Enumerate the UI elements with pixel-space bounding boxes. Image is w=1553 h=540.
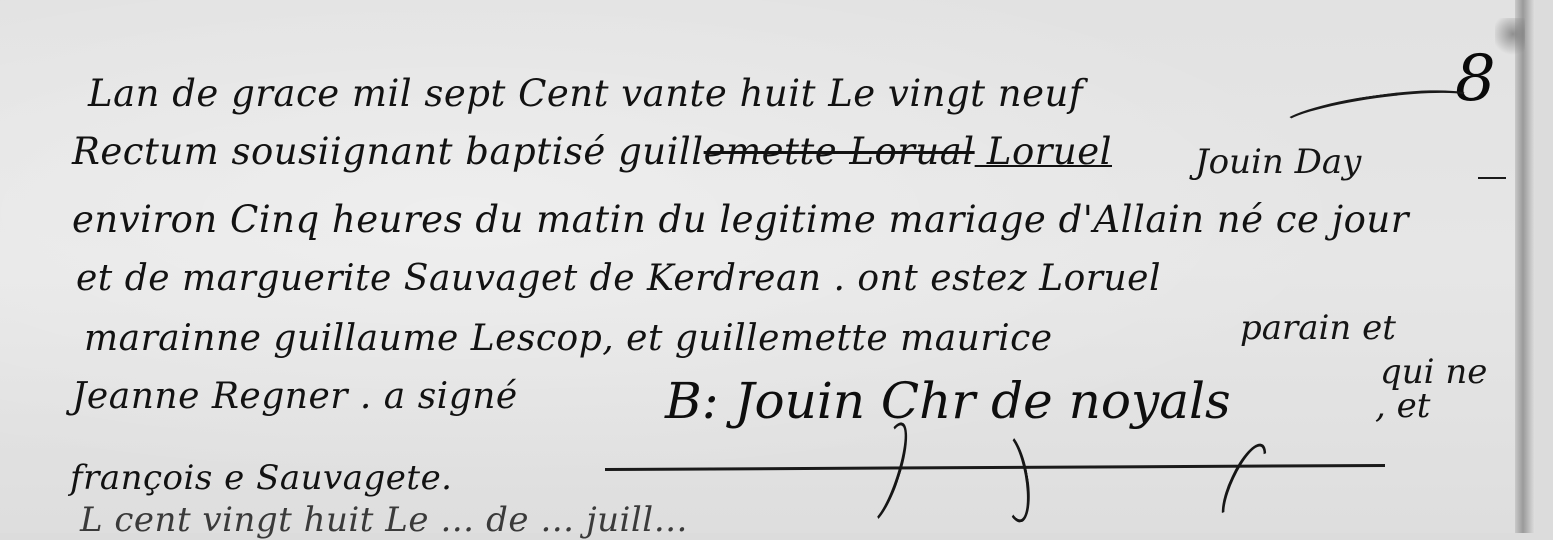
entry-line-4: et de marguerite Sauvaget de Kerdrean . … bbox=[76, 258, 1161, 299]
entry-line-2-text: Rectum sousiignant baptisé guill bbox=[72, 130, 704, 173]
signature-suffix: , et bbox=[1375, 386, 1430, 426]
page-edge bbox=[1515, 0, 1535, 533]
priest-signature: B: Jouin Chr de noyals bbox=[665, 372, 1231, 430]
next-entry-line: L cent vingt huit Le … de … juill… bbox=[80, 500, 688, 533]
entry-line-2: Rectum sousiignant baptisé guillemette L… bbox=[72, 130, 1112, 173]
entry-line-7: françois e Sauvagete. bbox=[70, 458, 453, 498]
entry-line-5: marainne guillaume Lescop, et guillemett… bbox=[84, 318, 1053, 359]
entry-end-rule bbox=[605, 464, 1385, 471]
inserted-text-jouin-day: Jouin Day bbox=[1195, 142, 1361, 182]
paraph-loop bbox=[1213, 438, 1275, 528]
margin-dash bbox=[1478, 177, 1506, 179]
entry-line-3: environ Cinq heures du matin du legitime… bbox=[72, 198, 1409, 241]
text-qui-ne: qui ne bbox=[1380, 352, 1487, 392]
struck-text: emette Lorual bbox=[704, 130, 975, 173]
paraph-flourish bbox=[1279, 82, 1478, 143]
manuscript-page: 8 Lan de grace mil sept Cent vante huit … bbox=[0, 0, 1535, 533]
entry-line-1: Lan de grace mil sept Cent vante huit Le… bbox=[88, 72, 1083, 115]
inserted-text-parain: parain et bbox=[1240, 308, 1396, 348]
entry-line-6: Jeanne Regner . a signé bbox=[72, 376, 518, 417]
page-corner-fold bbox=[1495, 18, 1525, 58]
paraph-loop bbox=[990, 430, 1035, 525]
paraph-loop bbox=[856, 418, 915, 527]
surname-loruel: Loruel bbox=[975, 130, 1112, 173]
